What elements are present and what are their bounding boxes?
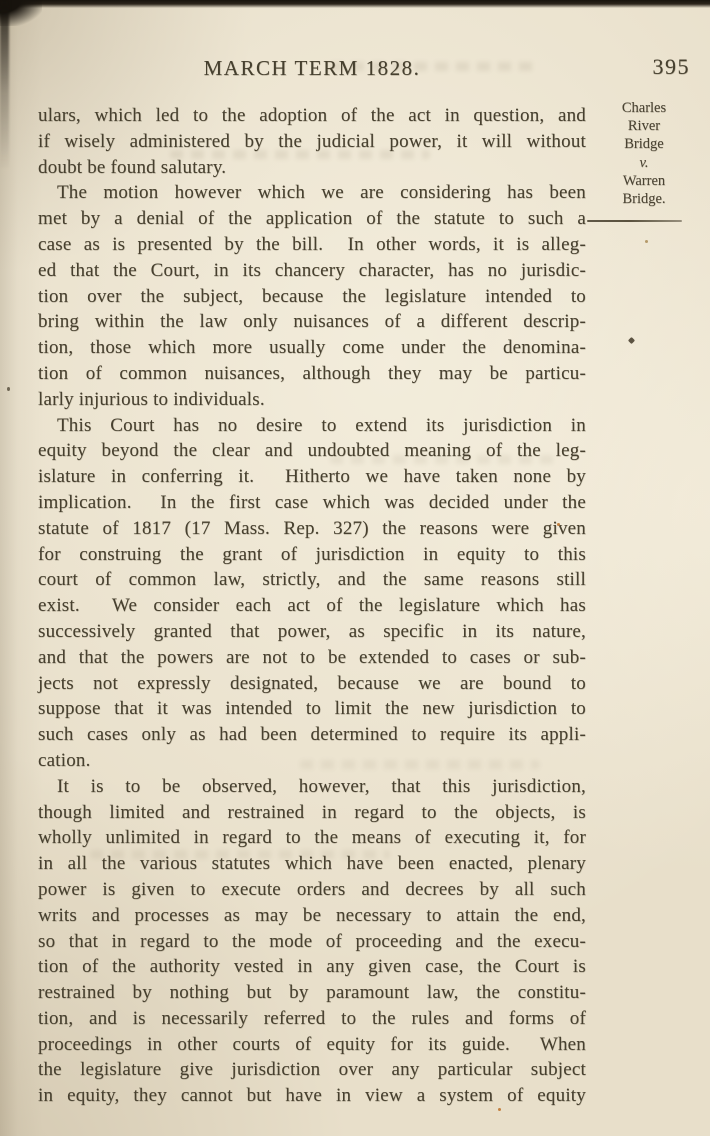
text-line: implication. In the first case which was… bbox=[38, 490, 586, 516]
margin-note-case-name: CharlesRiverBridgev.WarrenBridge. bbox=[592, 99, 696, 208]
running-head-term: MARCH TERM 1828. bbox=[38, 56, 586, 81]
text-line: for construing the grant of jurisdiction… bbox=[38, 542, 586, 568]
text-line: successively granted that power, as spec… bbox=[38, 619, 586, 645]
margin-note-rule bbox=[587, 220, 682, 222]
text-line: power is given to execute orders and dec… bbox=[38, 877, 586, 903]
scanned-book-page: MARCH TERM 1828. 395 ulars, which led to… bbox=[0, 0, 710, 1136]
text-line: case as is presented by the bill. In oth… bbox=[38, 232, 586, 258]
text-line: ed that the Court, in its chancery chara… bbox=[38, 258, 586, 284]
text-line: writs and processes as may be necessary … bbox=[38, 903, 586, 929]
text-line: bring within the law only nuisances of a… bbox=[38, 309, 586, 335]
text-line: in equity, they cannot but have in view … bbox=[38, 1083, 586, 1109]
text-line: if wisely administered by the judicial p… bbox=[38, 129, 586, 155]
text-line: the legislature give jurisdiction over a… bbox=[38, 1057, 586, 1083]
text-line: doubt be found salutary. bbox=[38, 155, 586, 181]
text-line: and that the powers are not to be extend… bbox=[38, 645, 586, 671]
text-line: met by a denial of the application of th… bbox=[38, 206, 586, 232]
text-line: in all the various statutes which have b… bbox=[38, 851, 586, 877]
text-line: ulars, which led to the adoption of the … bbox=[38, 103, 586, 129]
text-line: court of common law, strictly, and the s… bbox=[38, 567, 586, 593]
margin-note-line: Bridge bbox=[592, 135, 696, 153]
text-line: suppose that it was intended to limit th… bbox=[38, 696, 586, 722]
margin-note-line: River bbox=[592, 117, 696, 135]
text-line: larly injurious to individuals. bbox=[38, 387, 586, 413]
text-line: restrained by nothing but by paramount l… bbox=[38, 980, 586, 1006]
foxing-speck bbox=[645, 240, 648, 243]
text-line: The motion however which we are consider… bbox=[38, 180, 586, 206]
text-line: islature in conferring it. Hitherto we h… bbox=[38, 464, 586, 490]
ink-speck bbox=[7, 387, 10, 391]
margin-note-line: Charles bbox=[592, 99, 696, 117]
text-line: proceedings in other courts of equity fo… bbox=[38, 1032, 586, 1058]
text-line: This Court has no desire to extend its j… bbox=[38, 413, 586, 439]
foxing-speck bbox=[498, 1108, 501, 1111]
text-line: exist. We consider each act of the legis… bbox=[38, 593, 586, 619]
page-number: 395 bbox=[620, 54, 690, 80]
text-line: jects not expressly designated, because … bbox=[38, 671, 586, 697]
text-line: statute of 1817 (17 Mass. Rep. 327) the … bbox=[38, 516, 586, 542]
ink-speck bbox=[628, 337, 635, 344]
text-line: tion of the authority vested in any give… bbox=[38, 954, 586, 980]
margin-note-line: Bridge. bbox=[592, 190, 696, 208]
text-line: cation. bbox=[38, 748, 586, 774]
text-line: though limited and restrained in regard … bbox=[38, 800, 586, 826]
text-line: such cases only as had been determined t… bbox=[38, 722, 586, 748]
text-line: tion, those which more usually come unde… bbox=[38, 335, 586, 361]
scan-edge-top bbox=[0, 0, 710, 8]
text-line: equity beyond the clear and undoubted me… bbox=[38, 438, 586, 464]
margin-note-line: v. bbox=[592, 154, 696, 172]
foxing-speck bbox=[557, 523, 560, 526]
text-line: It is to be observed, however, that this… bbox=[38, 774, 586, 800]
text-line: tion of common nuisances, although they … bbox=[38, 361, 586, 387]
body-text: ulars, which led to the adoption of the … bbox=[38, 103, 586, 1109]
text-line: so that in regard to the mode of proceed… bbox=[38, 929, 586, 955]
text-line: tion, and is necessarily referred to the… bbox=[38, 1006, 586, 1032]
scan-edge-left bbox=[0, 0, 9, 170]
text-line: wholly unlimited in regard to the means … bbox=[38, 825, 586, 851]
text-line: tion over the subject, because the legis… bbox=[38, 284, 586, 310]
margin-note-line: Warren bbox=[592, 172, 696, 190]
